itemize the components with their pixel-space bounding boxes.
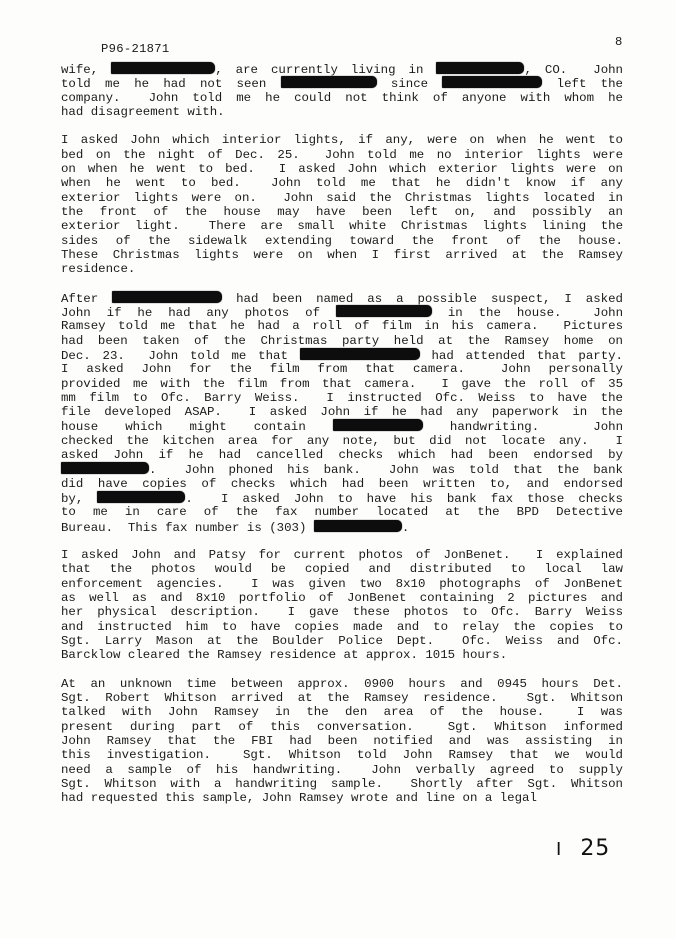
text-segment: , are currently living in: [215, 63, 436, 77]
text-segment: house which might contain: [61, 420, 333, 434]
text-line: John Ramsey that the FBI had been notifi…: [61, 734, 623, 748]
text-line: had disagreement with.: [61, 105, 623, 119]
text-segment: mm film to Ofc. Barry Weiss. I instructe…: [61, 391, 623, 405]
text-line: . John phoned his bank. John was told th…: [61, 462, 623, 476]
text-segment: Ramsey told me that he had a roll of fil…: [61, 319, 623, 333]
text-segment: as well as and 8x10 portfolio of JonBene…: [61, 591, 623, 605]
text-segment: bed on the night of Dec. 25. John told m…: [61, 148, 623, 162]
case-number: P96-21871: [101, 42, 170, 56]
text-segment: when he went to bed. John told me that h…: [61, 176, 623, 190]
redaction-bar: [61, 462, 149, 474]
text-segment: . John phoned his bank. John was told th…: [149, 463, 623, 477]
text-segment: present during part of this conversation…: [61, 720, 623, 734]
text-line: Sgt. Whitson with a handwriting sample. …: [61, 777, 623, 791]
text-line: and instructed him to have copies made a…: [61, 620, 623, 634]
text-segment: had requested this sample, John Ramsey w…: [61, 791, 537, 805]
text-segment: had disagreement with.: [61, 105, 225, 119]
text-line: to me in care of the fax number located …: [61, 505, 623, 519]
text-segment: .: [402, 521, 409, 535]
redaction-bar: [333, 419, 423, 431]
text-segment: left the: [542, 77, 623, 91]
text-segment: to me in care of the fax number located …: [61, 505, 623, 519]
text-segment: wife,: [61, 63, 111, 77]
text-segment: residence.: [61, 262, 135, 276]
text-line: Dec. 23. John told me that had attended …: [61, 348, 623, 362]
text-segment: Sgt. Larry Mason at the Boulder Police D…: [61, 634, 623, 648]
text-line: Bureau. This fax number is (303) .: [61, 520, 623, 534]
text-line: did have copies of checks which had been…: [61, 477, 623, 491]
text-line: told me he had not seen since left the: [61, 76, 623, 90]
text-line: checked the kitchen area for any note, b…: [61, 434, 623, 448]
paragraph: After had been named as a possible suspe…: [61, 291, 623, 534]
text-line: John if he had any photos of in the hous…: [61, 305, 623, 319]
text-line: After had been named as a possible suspe…: [61, 291, 623, 305]
text-segment: exterior light. There are small white Ch…: [61, 219, 623, 233]
text-line: company. John told me he could not think…: [61, 91, 623, 105]
redaction-bar: [336, 305, 432, 317]
text-segment: I asked John and Patsy for current photo…: [61, 548, 623, 562]
text-line: Ramsey told me that he had a roll of fil…: [61, 319, 623, 333]
text-line: bed on the night of Dec. 25. John told m…: [61, 148, 623, 162]
text-segment: company. John told me he could not think…: [61, 91, 623, 105]
text-segment: , CO. John: [524, 63, 623, 77]
text-segment: enforcement agencies. I was given two 8x…: [61, 577, 623, 591]
redaction-bar: [314, 520, 402, 532]
text-line: At an unknown time between approx. 0900 …: [61, 677, 623, 691]
text-segment: talked with John Ramsey in the den area …: [61, 705, 623, 719]
paragraph: At an unknown time between approx. 0900 …: [61, 677, 623, 806]
text-line: asked John if he had cancelled checks wh…: [61, 448, 623, 462]
text-segment: this investigation. Sgt. Whitson told Jo…: [61, 748, 623, 762]
text-line: wife, , are currently living in , CO. Jo…: [61, 62, 623, 76]
document-page: P96-21871 8 wife, , are currently living…: [0, 0, 676, 938]
paragraph: wife, , are currently living in , CO. Jo…: [61, 62, 623, 119]
text-line: by, . I asked John to have his bank fax …: [61, 491, 623, 505]
text-line: present during part of this conversation…: [61, 720, 623, 734]
text-line: the front of the house may have been lef…: [61, 205, 623, 219]
text-line: when he went to bed. John told me that h…: [61, 176, 623, 190]
text-line: talked with John Ramsey in the den area …: [61, 705, 623, 719]
text-line: had requested this sample, John Ramsey w…: [61, 791, 623, 805]
text-segment: Dec. 23. John told me that: [61, 349, 300, 363]
text-segment: Sgt. Whitson with a handwriting sample. …: [61, 777, 623, 791]
text-line: need a sample of his handwriting. John v…: [61, 763, 623, 777]
text-segment: her physical description. I gave these p…: [61, 605, 623, 619]
report-body: wife, , are currently living in , CO. Jo…: [61, 62, 623, 820]
text-segment: asked John if he had cancelled checks wh…: [61, 448, 623, 462]
text-segment: John Ramsey that the FBI had been notifi…: [61, 734, 623, 748]
text-segment: had attended that party.: [420, 349, 623, 363]
handwritten-page-stamp: I25: [556, 836, 610, 861]
text-segment: Sgt. Robert Whitson arrived at the Ramse…: [61, 691, 623, 705]
text-line: residence.: [61, 262, 623, 276]
text-segment: on when he went to bed. I asked John whi…: [61, 162, 623, 176]
text-line: this investigation. Sgt. Whitson told Jo…: [61, 748, 623, 762]
text-segment: provided me with the film from that came…: [61, 377, 623, 391]
redaction-bar: [300, 348, 420, 360]
text-line: I asked John and Patsy for current photo…: [61, 548, 623, 562]
text-line: These Christmas lights were on when I fi…: [61, 248, 623, 262]
text-segment: told me he had not seen: [61, 77, 281, 91]
text-line: had been taken of the Christmas party he…: [61, 334, 623, 348]
text-segment: These Christmas lights were on when I fi…: [61, 248, 623, 262]
text-segment: did have copies of checks which had been…: [61, 477, 623, 491]
text-segment: file developed ASAP. I asked John if he …: [61, 405, 623, 419]
text-segment: that the photos would be copied and dist…: [61, 562, 623, 576]
text-line: as well as and 8x10 portfolio of JonBene…: [61, 591, 623, 605]
text-line: on when he went to bed. I asked John whi…: [61, 162, 623, 176]
text-line: mm film to Ofc. Barry Weiss. I instructe…: [61, 391, 623, 405]
text-segment: and instructed him to have copies made a…: [61, 620, 623, 634]
text-segment: in the house. John: [432, 306, 623, 320]
text-line: that the photos would be copied and dist…: [61, 562, 623, 576]
paragraph: I asked John and Patsy for current photo…: [61, 548, 623, 662]
text-line: provided me with the film from that came…: [61, 377, 623, 391]
text-segment: handwriting. John: [423, 420, 623, 434]
text-line: house which might contain handwriting. J…: [61, 419, 623, 433]
text-segment: . I asked John to have his bank fax thos…: [185, 492, 623, 506]
text-segment: Bureau. This fax number is (303): [61, 521, 314, 535]
text-segment: the front of the house may have been lef…: [61, 205, 623, 219]
text-line: Sgt. Robert Whitson arrived at the Ramse…: [61, 691, 623, 705]
text-segment: Barcklow cleared the Ramsey residence at…: [61, 648, 507, 662]
text-segment: had been taken of the Christmas party he…: [61, 334, 623, 348]
text-segment: At an unknown time between approx. 0900 …: [61, 677, 623, 691]
text-segment: John if he had any photos of: [61, 306, 336, 320]
paragraph: I asked John which interior lights, if a…: [61, 133, 623, 276]
text-line: exterior lights were on. John said the C…: [61, 191, 623, 205]
text-line: her physical description. I gave these p…: [61, 605, 623, 619]
text-line: Sgt. Larry Mason at the Boulder Police D…: [61, 634, 623, 648]
page-number: 8: [615, 35, 622, 49]
text-line: exterior light. There are small white Ch…: [61, 219, 623, 233]
text-segment: After: [61, 292, 112, 306]
redaction-bar: [281, 76, 377, 88]
text-segment: need a sample of his handwriting. John v…: [61, 763, 623, 777]
redaction-bar: [112, 291, 222, 303]
text-segment: checked the kitchen area for any note, b…: [61, 434, 623, 448]
text-segment: by,: [61, 492, 97, 506]
text-line: sides of the sidewalk extending toward t…: [61, 234, 623, 248]
text-segment: I asked John for the film from that came…: [61, 362, 623, 376]
handwritten-number: 25: [580, 836, 610, 861]
redaction-bar: [97, 491, 185, 503]
text-segment: since: [377, 77, 443, 91]
text-line: file developed ASAP. I asked John if he …: [61, 405, 623, 419]
text-segment: sides of the sidewalk extending toward t…: [61, 234, 623, 248]
text-segment: I asked John which interior lights, if a…: [61, 133, 623, 147]
redaction-bar: [442, 76, 542, 88]
text-line: I asked John which interior lights, if a…: [61, 133, 623, 147]
text-segment: exterior lights were on. John said the C…: [61, 191, 623, 205]
redaction-bar: [111, 62, 215, 74]
handwritten-mark: I: [556, 839, 562, 860]
redaction-bar: [436, 62, 524, 74]
text-line: I asked John for the film from that came…: [61, 362, 623, 376]
text-line: enforcement agencies. I was given two 8x…: [61, 577, 623, 591]
text-line: Barcklow cleared the Ramsey residence at…: [61, 648, 623, 662]
text-segment: had been named as a possible suspect, I …: [222, 292, 623, 306]
